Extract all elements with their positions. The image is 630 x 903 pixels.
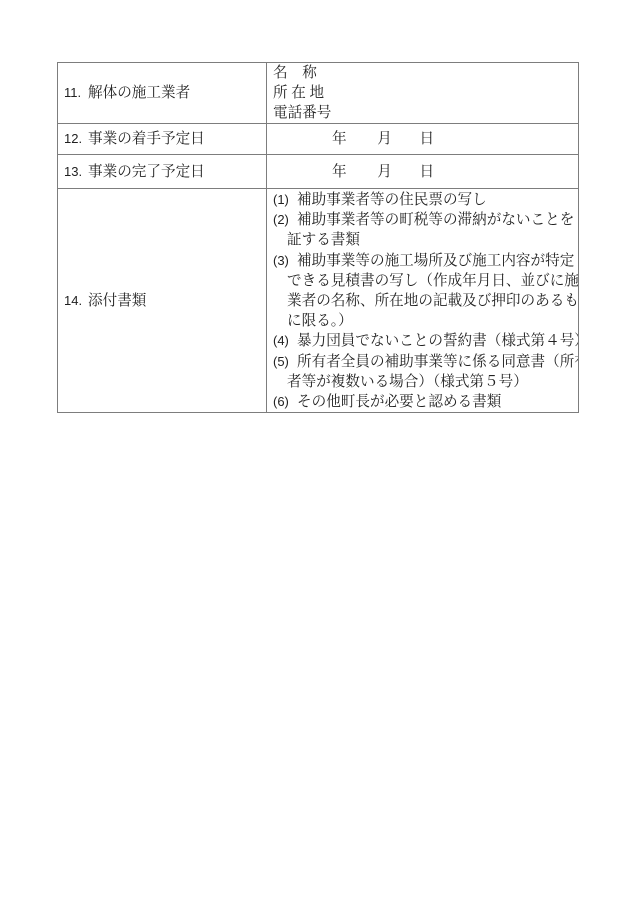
row-number: 13. [64, 162, 88, 182]
attachment-item-3: (3) 補助事業等の施工場所及び施工内容が特定 できる見積書の写し（作成年月日、… [273, 251, 574, 332]
attachment-text: 補助事業等の施工場所及び施工内容が特定 [297, 251, 574, 271]
contractor-value-cell: 名 称 所 在 地 電話番号 [267, 63, 579, 124]
form-page: 11. 解体の施工業者 名 称 所 在 地 電話番号 12. 事業の着手予定日 … [0, 0, 630, 903]
row-number: 12. [64, 129, 88, 149]
month-label: 月 [377, 131, 392, 147]
contractor-phone-field-label: 電話番号 [273, 103, 574, 123]
row-demolition-contractor: 11. 解体の施工業者 名 称 所 在 地 電話番号 [58, 63, 579, 124]
month-label: 月 [377, 164, 392, 180]
attachment-number: (3) [273, 251, 297, 271]
day-label: 日 [420, 164, 435, 180]
row-label-text: 添付書類 [88, 291, 146, 311]
attachment-text: に限る。） [273, 311, 574, 331]
row-label: 13. 事業の完了予定日 [64, 162, 262, 182]
row-label: 12. 事業の着手予定日 [64, 129, 262, 149]
row-planned-completion-date: 13. 事業の完了予定日 年 月 日 [58, 155, 579, 189]
attachment-item-1: (1) 補助事業者等の住民票の写し [273, 190, 574, 210]
attachment-text: 補助事業者等の町税等の滞納がないことを [297, 210, 574, 230]
attachment-number: (6) [273, 392, 297, 412]
row-attached-documents: 14. 添付書類 (1) 補助事業者等の住民票の写し (2) 補助事業者等の町税… [58, 189, 579, 413]
row-label: 11. 解体の施工業者 [64, 83, 262, 103]
completion-date-label-cell: 13. 事業の完了予定日 [58, 155, 267, 189]
attachment-text: 所有者全員の補助事業等に係る同意書（所有 [297, 352, 579, 372]
attachment-number: (4) [273, 331, 297, 351]
day-label: 日 [420, 131, 435, 147]
attachments-label-cell: 14. 添付書類 [58, 189, 267, 413]
application-form-table: 11. 解体の施工業者 名 称 所 在 地 電話番号 12. 事業の着手予定日 … [57, 62, 579, 413]
attachment-item-4: (4) 暴力団員でないことの誓約書（様式第４号） [273, 331, 574, 351]
contractor-label-cell: 11. 解体の施工業者 [58, 63, 267, 124]
row-number: 14. [64, 291, 88, 311]
start-date-label-cell: 12. 事業の着手予定日 [58, 124, 267, 155]
row-label-text: 事業の完了予定日 [88, 162, 205, 182]
attachment-number: (1) [273, 190, 297, 210]
attachment-text: 証する書類 [273, 230, 574, 250]
attachment-item-5: (5) 所有者全員の補助事業等に係る同意書（所有 者等が複数いる場合）（様式第５… [273, 352, 574, 392]
attachments-value-cell: (1) 補助事業者等の住民票の写し (2) 補助事業者等の町税等の滞納がないこと… [267, 189, 579, 413]
date-placeholder: 年 月 日 [273, 129, 574, 149]
attachment-text: 補助事業者等の住民票の写し [297, 190, 487, 210]
row-number: 11. [64, 83, 88, 103]
attachment-number: (5) [273, 352, 297, 372]
completion-date-value-cell: 年 月 日 [267, 155, 579, 189]
attachment-text: 者等が複数いる場合）（様式第５号） [273, 372, 574, 392]
attachment-text: できる見積書の写し（作成年月日、並びに施工 [273, 271, 574, 291]
attachment-text: 暴力団員でないことの誓約書（様式第４号） [297, 331, 579, 351]
attachment-item-6: (6) その他町長が必要と認める書類 [273, 392, 574, 412]
year-label: 年 [332, 164, 347, 180]
contractor-name-field-label: 名 称 [273, 63, 574, 83]
row-label-text: 解体の施工業者 [88, 83, 190, 103]
contractor-address-field-label: 所 在 地 [273, 83, 574, 103]
year-label: 年 [332, 131, 347, 147]
attachment-text: その他町長が必要と認める書類 [297, 392, 501, 412]
row-label-text: 事業の着手予定日 [88, 129, 205, 149]
attachment-number: (2) [273, 210, 297, 230]
row-planned-start-date: 12. 事業の着手予定日 年 月 日 [58, 124, 579, 155]
start-date-value-cell: 年 月 日 [267, 124, 579, 155]
row-label: 14. 添付書類 [64, 291, 262, 311]
attachment-text: 業者の名称、所在地の記載及び押印のあるもの [273, 291, 574, 311]
attachment-item-2: (2) 補助事業者等の町税等の滞納がないことを 証する書類 [273, 210, 574, 250]
date-placeholder: 年 月 日 [273, 162, 574, 182]
